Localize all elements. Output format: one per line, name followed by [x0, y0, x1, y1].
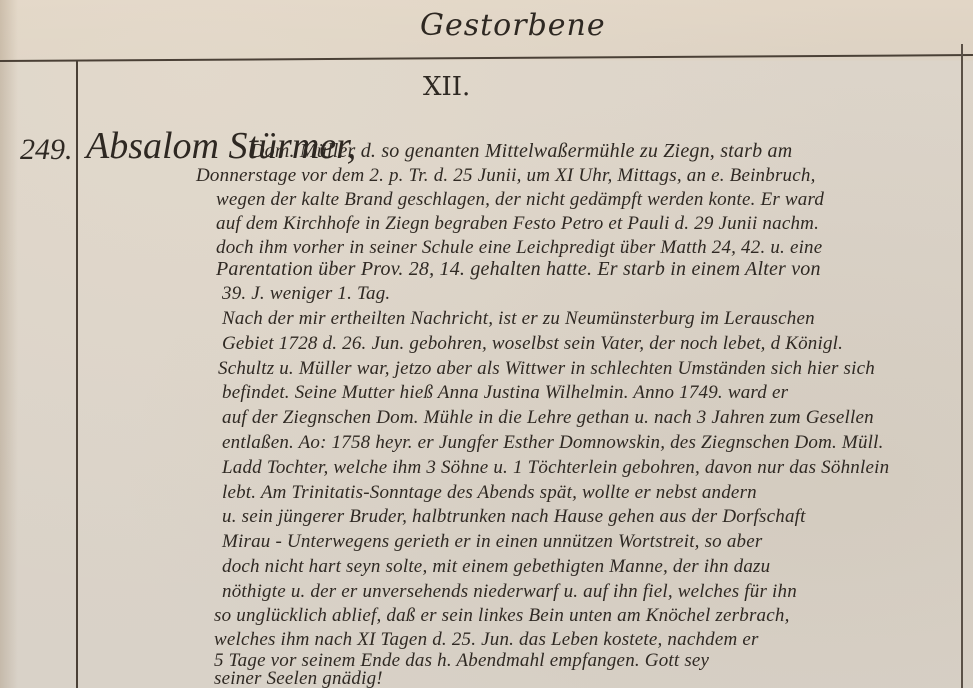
- header-rule: [0, 54, 973, 62]
- page-edge-shadow: [0, 0, 18, 688]
- entry-line: Ladd Tochter, welche ihm 3 Söhne u. 1 Tö…: [222, 457, 889, 479]
- register-page: Gestorbene XII. 249. Absalom Stürmer, Do…: [0, 0, 973, 688]
- entry-line: doch ihm vorher in seiner Schule eine Le…: [216, 237, 822, 259]
- entry-line: Nach der mir ertheilten Nachricht, ist e…: [222, 308, 815, 330]
- entry-line: Mirau - Unterwegens gerieth er in einen …: [222, 531, 762, 553]
- entry-line: wegen der kalte Brand geschlagen, der ni…: [216, 189, 824, 211]
- section-number: XII.: [423, 72, 470, 102]
- entry-line: doch nicht hart seyn solte, mit einem ge…: [222, 556, 770, 578]
- entry-line-closing: seiner Seelen gnädig!: [214, 668, 383, 688]
- entry-line: Dom. Müller d. so genanten Mittelwaßermü…: [250, 140, 792, 163]
- entry-line: nöthigte u. der er unversehends niederwa…: [222, 581, 797, 603]
- entry-line-parentation: Parentation über Prov. 28, 14. gehalten …: [216, 258, 821, 281]
- entry-line: Schultz u. Müller war, jetzo aber als Wi…: [218, 358, 875, 380]
- entry-number: 249.: [20, 133, 73, 167]
- entry-line: u. sein jüngerer Bruder, halbtrunken nac…: [222, 506, 806, 528]
- entry-line: befindet. Seine Mutter hieß Anna Justina…: [222, 382, 788, 404]
- right-margin-rule: [961, 44, 963, 688]
- entry-line: welches ihm nach XI Tagen d. 25. Jun. da…: [214, 629, 759, 651]
- page-heading: Gestorbene: [420, 8, 606, 43]
- entry-line: auf dem Kirchhofe in Ziegn begraben Fest…: [216, 213, 819, 235]
- entry-line: 39. J. weniger 1. Tag.: [222, 283, 390, 305]
- entry-line: lebt. Am Trinitatis-Sonntage des Abends …: [222, 482, 757, 504]
- entry-line: auf der Ziegnschen Dom. Mühle in die Leh…: [222, 407, 874, 429]
- entry-line: so unglücklich ablief, daß er sein linke…: [214, 605, 790, 627]
- margin-rule: [76, 61, 78, 688]
- entry-line: Gebiet 1728 d. 26. Jun. gebohren, woselb…: [222, 333, 843, 355]
- entry-line: entlaßen. Ao: 1758 heyr. er Jungfer Esth…: [222, 432, 884, 454]
- entry-line: Donnerstage vor dem 2. p. Tr. d. 25 Juni…: [196, 165, 816, 187]
